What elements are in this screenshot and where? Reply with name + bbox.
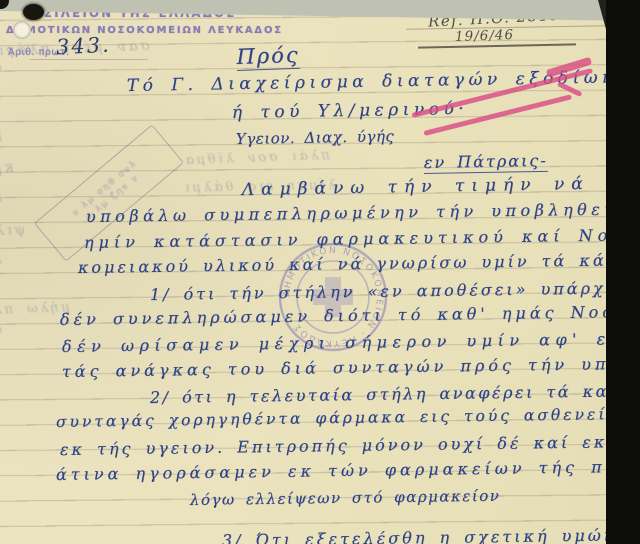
handwritten-line: Υγειον. Διαχ. ύγής [236, 127, 395, 148]
filing-date: 19/6/46 [455, 27, 515, 45]
letterhead-line2: ΔΗΜΟΤΙΚΩΝ ΝΟΣΟΚΟΜΕΙΩΝ ΛΕΥΚΑΔΟΣ [6, 25, 283, 36]
bleedthrough-text: όλη τών πλημ [0, 60, 2, 77]
scanned-letter-page: σαν μέλι πλάγιόλη τών πλημτού πλοία ψεσ … [0, 0, 640, 544]
scan-right-edge [606, 0, 640, 544]
bleedthrough-text: εψιλ μλοι βλεπ [0, 190, 2, 209]
ink-blot [23, 4, 44, 20]
protocol-number: 343. [55, 33, 111, 60]
bleedthrough-text: σάλβο μιμε [0, 322, 2, 338]
punch-hole [13, 21, 31, 39]
handwritten-line: Πρός [236, 43, 300, 71]
protocol-ruled-line [30, 59, 148, 60]
handwritten-line: εν Πάτραις- [424, 151, 548, 174]
